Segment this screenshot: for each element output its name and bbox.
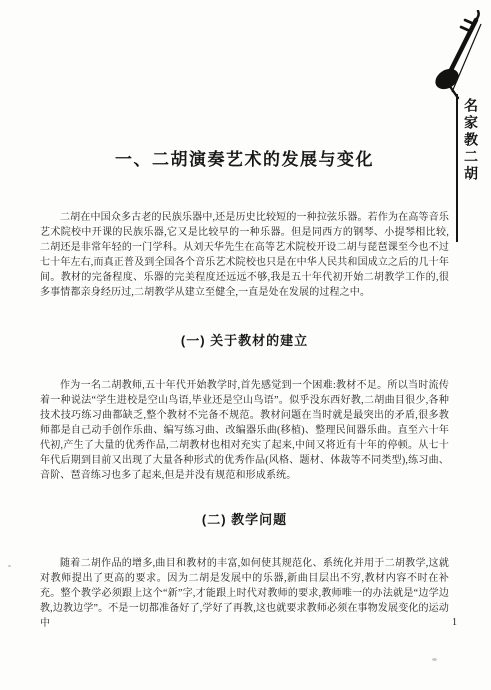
chapter-title: 一、二胡演奏艺术的发展与变化 (40, 148, 449, 172)
section-1-paragraph: 作为一名二胡教师,五十年代开始教学时,首先感觉到一个困难:教材不足。所以当时流传… (40, 378, 449, 483)
scan-speck (8, 565, 11, 567)
section-1-heading: (一) 关于教材的建立 (40, 332, 449, 350)
page-number: 1 (452, 617, 457, 629)
banner-rule (456, 94, 458, 242)
section-2-paragraph: 随着二胡作品的增多,曲目和教材的丰富,如何使其规范化、系统化并用于二胡教学,这就… (40, 556, 449, 631)
series-vertical-title: 名家教二胡 (461, 98, 481, 183)
book-page: 名家教二胡 一、二胡演奏艺术的发展与变化 二胡在中国众多古老的民族乐器中,还是历… (0, 0, 491, 690)
intro-paragraph: 二胡在中国众多古老的民族乐器中,还是历史比较短的一种拉弦乐器。若作为在高等音乐艺… (40, 210, 449, 300)
section-2-heading: (二) 教学问题 (40, 511, 449, 529)
scan-speck (432, 658, 437, 661)
text-column: 一、二胡演奏艺术的发展与变化 二胡在中国众多古老的民族乐器中,还是历史比较短的一… (40, 0, 449, 631)
